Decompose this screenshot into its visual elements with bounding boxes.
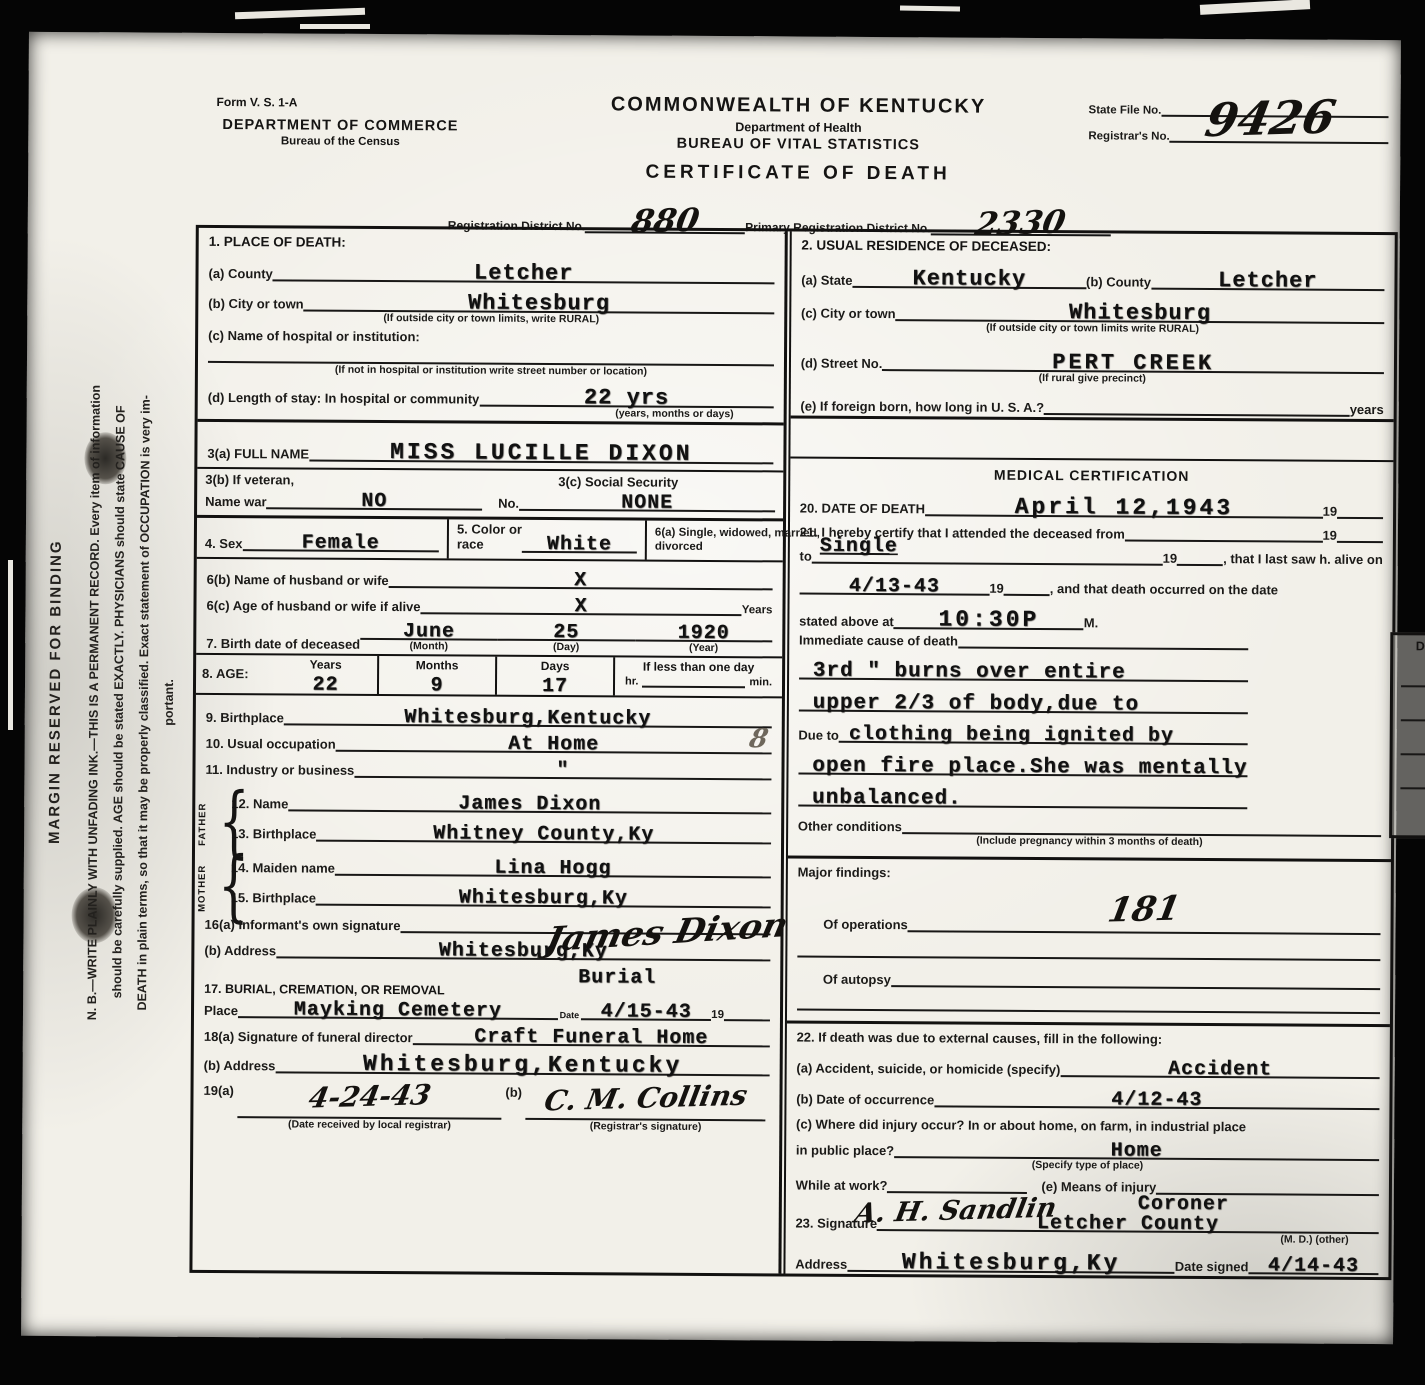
spouse-name-value: X [574,569,587,592]
cause-text-2: upper 2/3 of body,due to [799,692,1140,717]
occupation-row: 10. Usual occupation At Home 8 [196,727,782,757]
margin-instructions-line: N. B.—WRITE PLAINLY WITH UNFADING INK.—T… [83,82,105,1322]
age-months-value: 9 [430,676,443,696]
major-findings-label: Major findings: [798,861,1381,884]
meridiem-label: M. [1084,615,1099,630]
duration-box: DURATION [1389,632,1425,839]
burial-date-value: 4/15-43 [601,1000,692,1024]
length-of-stay-line: 22 yrs [479,383,774,409]
full-name-line: MISS LUCILLE DIXON [309,437,774,465]
attended-year-prefix: 19 [1322,528,1337,543]
certify-attended-label: 21. I hereby certify that I attended the… [800,525,1125,542]
registrar-date-hint: (Date received by local registrar) [238,1118,502,1132]
ssn-line: NONE [519,489,775,513]
scan-glitch [1200,0,1310,15]
county-line: Letcher [273,257,775,284]
birth-month-line: June [360,618,498,641]
due-to-text-1: clothing being ignited by [839,723,1174,748]
major-findings-section: Major findings: Of operations 181 Of aut… [787,855,1391,1027]
cause-line-2: upper 2/3 of body,due to [799,689,1248,715]
residence-city-line: Whitesburg [896,297,1385,324]
informant-line: James Dixon [400,929,770,935]
attended-from-line [1125,538,1323,543]
accident-line: Accident [1060,1055,1379,1079]
birthplace-value: Whitesburg,Kentucky [404,706,651,731]
dod-year-line [1337,515,1383,519]
age-years-value: 22 [312,675,338,695]
date-signed-line: 4/14-43 [1248,1252,1378,1275]
mother-section: MOTHER { 14. Maiden name Lina Hogg 15. B… [195,843,781,911]
form-identification: Form V. S. 1-A DEPARTMENT OF COMMERCE Bu… [210,95,470,149]
burial-date-line: 4/15-43 [581,998,711,1021]
funeral-director-address-row: (b) Address Whitesburg,Kentucky [194,1046,780,1079]
residence-city-value: Whitesburg [1069,300,1211,326]
father-name-value: James Dixon [458,792,601,816]
ssn-cell: 3(c) Social Security No. NONE [490,471,783,519]
father-birthplace-line: Whitney County,Ky [316,819,771,844]
burial-place-value: Mayking Cemetery [294,998,502,1022]
last-seen-value: 4/13-43 [849,575,940,599]
duration-line [1400,787,1425,790]
veteran-ssn-row: 3(b) If veteran, Name war NO 3(c) Social… [197,469,783,522]
medical-certification-section: MEDICAL CERTIFICATION 20. DATE OF DEATH … [788,458,1394,851]
medical-certification-title: MEDICAL CERTIFICATION [800,461,1383,486]
findings-blank-line-2 [797,1007,1380,1015]
due-to-line-2: open fire place.She was mentally [798,752,1247,778]
birthplace-line: Whitesburg,Kentucky [284,703,772,728]
due-to-text-3: unbalanced. [798,787,962,811]
foreign-born-label: (e) If foreign born, how long in U. S. A… [800,399,1044,415]
due-to-text-2: open fire place.She was mentally [798,755,1247,781]
date-of-death-line: April 12,1943 [925,491,1323,518]
last-saw-label: , that I last saw h. alive on [1223,551,1383,567]
public-place-value: Home [1111,1139,1163,1162]
of-operations-label: Of operations [823,917,908,933]
full-name-row: 3(a) FULL NAME MISS LUCILLE DIXON [197,422,783,473]
coroner-address-line: Whitesburg,Ky [847,1247,1175,1274]
age-days-value: 17 [542,677,568,697]
attended-year-line [1337,539,1383,543]
mother-name-value: Lina Hogg [494,857,611,881]
burial-date-label: Date [560,1010,580,1020]
date-of-death-value: April 12,1943 [1015,494,1234,521]
funeral-director-address-label: (b) Address [204,1058,276,1073]
coroner-address-value: Whitesburg,Ky [902,1249,1121,1276]
scan-glitch [235,8,365,20]
residence-county-line: Letcher [1151,266,1385,291]
public-place-label: in public place? [796,1143,894,1159]
last-seen-year-line [1004,592,1050,596]
duration-line [1401,719,1425,722]
age-less-label: If less than one day [643,659,754,674]
immediate-cause-label: Immediate cause of death [799,633,958,649]
occupation-value: At Home [508,733,599,757]
residence-street-value: PERT CREEK [1052,350,1214,376]
margin-instructions-line: DEATH in plain terms, so that it may be … [133,83,155,1323]
informant-label: 16(a) Informant's own signature [205,917,401,933]
time-of-death-line: 10:30P [894,604,1084,630]
spouse-age-suffix: Years [742,604,773,616]
sex-label: 4. Sex [205,536,243,551]
residence-city-label: (c) City or town [801,306,896,322]
hospital-label: (c) Name of hospital or institution: [208,328,774,346]
accident-value: Accident [1168,1058,1272,1082]
time-of-death-value: 10:30P [938,606,1039,633]
funeral-director-row: 18(a) Signature of funeral director Craf… [194,1020,780,1050]
coroner-handwritten-signature: A. H. Sandlin [852,1193,1059,1230]
death-certificate-scan: MARGIN RESERVED FOR BINDING N. B.—WRITE … [21,32,1401,1344]
industry-value: " [556,759,569,782]
spouse-name-line: X [389,566,773,590]
informant-row: 16(a) Informant's own signature James Di… [194,907,780,938]
occurrence-date-line: 4/12-43 [934,1085,1379,1110]
age-hr-label: hr. [625,675,639,687]
father-name-line: James Dixon [288,789,771,814]
signature-typed-county: Letcher County [1037,1212,1219,1236]
mother-birthplace-line: Whitesburg,Ky [316,883,771,908]
residence-county-label: (b) County [1086,274,1151,289]
commonwealth-title: COMMONWEALTH OF KENTUCKY [478,93,1118,120]
registrar-no-label: Registrar's No. [1088,130,1169,142]
place-of-death-section: 1. PLACE OF DEATH: (a) County Letcher (b… [198,228,785,426]
dept-health: Department of Health [478,119,1118,137]
scan-glitch [900,5,960,11]
foreign-born-suffix: years [1350,402,1384,417]
coroner-address-label: Address [795,1257,847,1272]
veteran-cell: 3(b) If veteran, Name war NO [197,469,490,517]
margin-instructions-line: should be carefully supplied. AGE should… [108,82,130,1322]
occurrence-date-value: 4/12-43 [1111,1088,1202,1112]
length-of-stay-label: (d) Length of stay: In hospital or commu… [208,390,480,407]
spouse-age-line: X [421,592,742,616]
duration-line [1401,753,1425,756]
residence-state-value: Kentucky [912,266,1026,292]
of-autopsy-label: Of autopsy [823,972,891,987]
informant-address-label: (b) Address [204,943,276,958]
certificate-body: 1. PLACE OF DEATH: (a) County Letcher (b… [189,225,1397,1280]
due-to-line-1: clothing being ignited by [839,721,1248,745]
age-min-label: min. [749,676,772,688]
attended-to-line [812,560,1163,566]
ssn-label-2: No. [498,496,519,511]
city-line: Whitesburg [304,288,775,315]
industry-row: 11. Industry or business " [195,753,781,783]
ssn-label-1: 3(c) Social Security [498,474,775,491]
while-at-work-label: While at work? [796,1178,888,1194]
ssn-value: NONE [621,491,673,514]
spouse-age-value: X [575,595,588,618]
occurrence-date-label: (b) Date of occurrence [796,1092,934,1108]
duration-line [1401,685,1425,688]
industry-label: 11. Industry or business [205,762,354,778]
date-signed-label: Date signed [1175,1259,1249,1274]
age-row: 8. AGE: Years 22 Months 9 Days 17 If les… [196,655,782,699]
burial-place-line: Mayking Cemetery [238,996,558,1020]
cause-text-1: 3rd " burns over entire [799,660,1126,685]
dod-year-prefix: 19 [1323,504,1338,519]
due-to-label: Due to [798,728,839,743]
to-year-line [1177,562,1223,566]
registrar-19b-label: (b) [505,1085,522,1100]
certificate-heading: COMMONWEALTH OF KENTUCKY Department of H… [478,93,1119,187]
color-value: White [547,533,612,556]
physician-signature-block: Coroner 23. Signature Letcher County A. … [795,1209,1378,1247]
state-file-label: State File No. [1088,104,1161,116]
birthplace-label: 9. Birthplace [206,710,284,725]
funeral-director-address-value: Whitesburg,Kentucky [363,1051,682,1079]
burial-section: Burial 17. BURIAL, CREMATION, OR REMOVAL… [194,960,780,1024]
residence-street-label: (d) Street No. [801,356,883,371]
registrar-19a-label: 19(a) [203,1083,233,1098]
scan-glitch [8,560,13,730]
external-causes-title: 22. If death was due to external causes,… [797,1030,1380,1049]
right-column: 2. USUAL RESIDENCE OF DECEASED: (a) Stat… [785,231,1395,1277]
of-operations-line: 181 [908,890,1381,935]
state-file-number-handwritten: 9426 [1201,90,1340,148]
place-of-death-title: 1. PLACE OF DEATH: [209,230,775,254]
birthplace-row: 9. Birthplace Whitesburg,Kentucky [196,695,782,731]
injury-where-label: (c) Where did injury occur? In or about … [796,1117,1379,1136]
death-occurred-label: , and that death occurred on the date [1050,581,1278,597]
sex-line: Female [242,529,439,552]
to-label: to [799,549,811,564]
birth-year: 1920 [678,622,730,645]
funeral-director-line: Craft Funeral Home [413,1023,770,1047]
bureau-vital-statistics: BUREAU OF VITAL STATISTICS [478,135,1118,155]
funeral-director-address-line: Whitesburg,Kentucky [275,1048,769,1076]
file-numbers: State File No. Registrar's No. 9426 [1088,104,1388,158]
veteran-label-2: Name war [205,494,267,509]
last-seen-line: 4/13-43 [799,573,989,596]
city-value: Whitesburg [468,291,610,317]
informant-address-row: (b) Address Whitesburg,Ky [194,934,780,964]
registrar-signature-line: C. M. Collins [526,1085,766,1121]
cause-line-1: 3rd " burns over entire [799,657,1248,683]
father-section: FATHER { 12. Name James Dixon 13. Birthp… [195,779,781,847]
registrar-date-received: 4-24-43 [306,1078,434,1114]
birth-day: 25 [553,621,579,644]
veteran-line: NO [267,487,483,510]
color-line: White [522,531,637,554]
mother-birthplace-value: Whitesburg,Ky [459,886,628,910]
sex-value: Female [302,531,380,554]
funeral-director-value: Craft Funeral Home [474,1025,708,1049]
margin-binding-note: MARGIN RESERVED FOR BINDING [46,462,66,922]
stated-above-label: stated above at [799,614,894,630]
veteran-label-1: 3(b) If veteran, [205,472,482,489]
foreign-born-line [1044,411,1350,417]
sex-color-marital-row: 4. Sex Female 5. Color or race White 6(a… [197,518,783,562]
left-column: 1. PLACE OF DEATH: (a) County Letcher (b… [192,228,784,1274]
burial-type-value: Burial [578,966,656,989]
certificate-title: CERTIFICATE OF DEATH [478,161,1118,187]
age-months-label: Months [416,658,459,672]
spouse-age-row: 6(c) Age of husband or wife if alive X Y… [196,589,782,619]
registrar-date-line: 4-24-43 [238,1083,502,1120]
findings-blank-line [797,954,1380,962]
bureau-name: Bureau of the Census [210,135,470,149]
sex-cell: 4. Sex Female [197,518,447,558]
full-name-label: 3(a) FULL NAME [207,446,309,462]
registrar-row: 19(a) 4-24-43 (Date received by local re… [192,1075,779,1274]
occupation-line: At Home [336,730,772,755]
of-autopsy-line [891,983,1380,990]
cause-of-death-block: Immediate cause of death 3rd " burns ove… [798,633,1382,811]
public-place-line: Home [894,1136,1379,1161]
other-conditions-label: Other conditions [798,819,902,835]
birth-day-line: 25 [498,619,636,642]
funeral-director-label: 18(a) Signature of funeral director [204,1029,413,1045]
spouse-name-row: 6(b) Name of husband or wife X [197,559,783,593]
to-year-prefix: 19 [1163,551,1178,566]
county-value: Letcher [474,261,574,287]
industry-line: " [354,756,771,781]
residence-county-value: Letcher [1218,268,1318,294]
burial-year-prefix: 19 [711,1009,724,1021]
residence-state-line: Kentucky [852,264,1086,289]
registrar-signature-hint: (Registrar's signature) [526,1120,766,1133]
color-label-2: race [457,537,522,552]
last-seen-year-prefix: 19 [989,581,1004,596]
city-label: (b) City or town [208,296,303,312]
burial-place-label: Place [204,1003,238,1018]
length-of-stay-value: 22 yrs [584,385,669,411]
birth-month: June [403,620,455,643]
date-signed-value: 4/14-43 [1268,1254,1359,1278]
date-of-death-label: 20. DATE OF DEATH [800,501,925,517]
color-label-1: 5. Color or [457,522,522,537]
margin-instructions-line: portant. [158,83,180,1323]
veteran-value: NO [361,490,387,513]
occupation-label: 10. Usual occupation [206,736,336,752]
birth-date-row: 7. Birth date of deceased June (Month) 2… [196,615,782,659]
accident-label: (a) Accident, suicide, or homicide (spec… [796,1061,1060,1078]
full-name-value: MISS LUCILLE DIXON [390,439,693,467]
residence-street-line: PERT CREEK [882,347,1384,374]
spacer-row [790,418,1393,462]
age-days-label: Days [541,659,570,673]
informant-address-line: Whitesburg,Ky [276,936,770,961]
birth-year-line: 1920 [635,619,773,642]
county-label: (a) County [208,266,272,281]
spouse-name-label: 6(b) Name of husband or wife [207,572,389,588]
age-years-label: Years [310,657,342,671]
department-name: DEPARTMENT OF COMMERCE [210,117,470,135]
birth-date-label: 7. Birth date of deceased [206,636,360,652]
residence-state-label: (a) State [801,273,852,288]
form-number: Form V. S. 1-A [217,95,471,111]
due-to-line-3: unbalanced. [798,784,1247,810]
registrar-signature: C. M. Collins [542,1079,750,1118]
duration-label: DURATION [1401,639,1425,654]
age-hr-line [642,683,745,688]
of-operations-value: 181 [1105,889,1184,931]
external-causes-section: 22. If death was due to external causes,… [785,1023,1390,1277]
burial-year-line [724,1017,770,1021]
age-label: 8. AGE: [202,666,249,681]
father-birthplace-value: Whitney County,Ky [433,822,654,846]
color-race-cell: 5. Color or race White [447,519,647,559]
residence-section: 2. USUAL RESIDENCE OF DECEASED: (a) Stat… [790,231,1394,422]
spouse-age-label: 6(c) Age of husband or wife if alive [206,598,420,614]
immediate-cause-line [958,645,1248,651]
residence-title: 2. USUAL RESIDENCE OF DECEASED: [801,234,1384,259]
informant-address-value: Whitesburg,Ky [439,939,608,963]
mother-name-line: Lina Hogg [335,854,771,879]
scan-glitch [300,24,370,29]
